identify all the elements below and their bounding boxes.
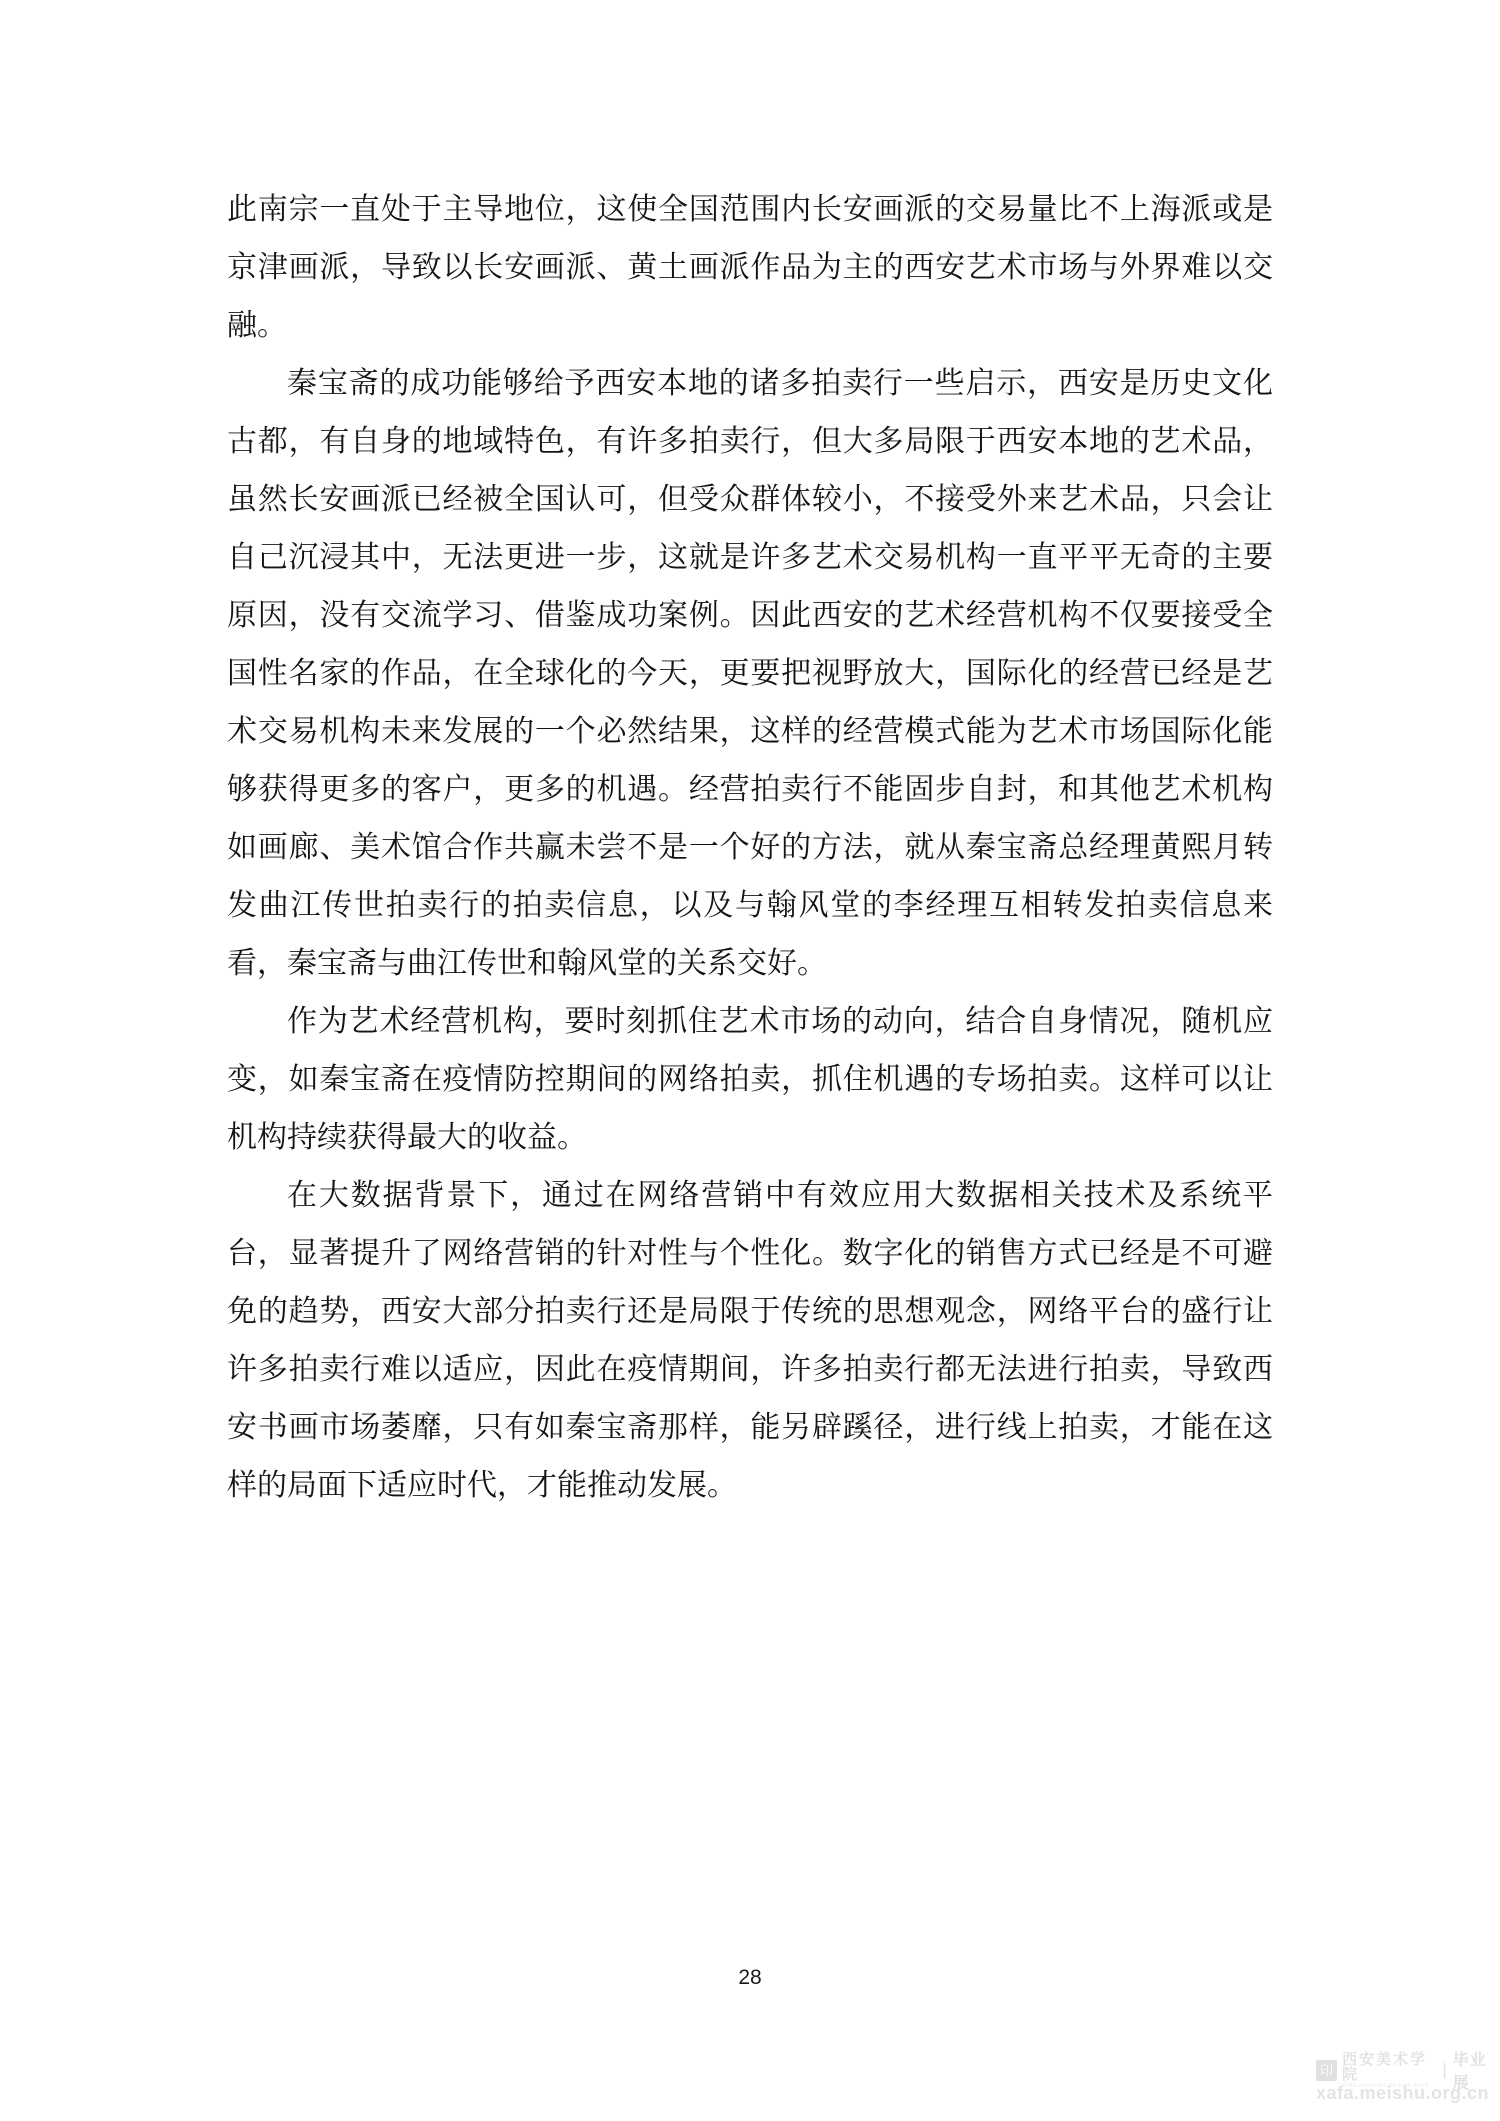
- site-watermark: 印 西安美术学院 XI'AN ACADEMY OF FINE ARTS | 毕业…: [1316, 2058, 1500, 2104]
- paragraph: 秦宝斋的成功能够给予西安本地的诸多拍卖行一些启示，西安是历史文化古都，有自身的地…: [227, 355, 1273, 993]
- watermark-academy-name: 西安美术学院: [1342, 2052, 1436, 2082]
- page-number: 28: [0, 1966, 1500, 1990]
- watermark-divider: |: [1442, 2060, 1446, 2080]
- watermark-url: xafa.meishu.org.cn: [1316, 2083, 1500, 2104]
- paragraph: 此南宗一直处于主导地位，这使全国范围内长安画派的交易量比不上海派或是京津画派，导…: [227, 181, 1273, 355]
- watermark-logo-row: 印 西安美术学院 XI'AN ACADEMY OF FINE ARTS | 毕业…: [1316, 2058, 1500, 2082]
- paragraph: 作为艺术经营机构，要时刻抓住艺术市场的动向，结合自身情况，随机应变，如秦宝斋在疫…: [227, 993, 1273, 1167]
- xafa-seal-icon: 印: [1316, 2060, 1337, 2081]
- body-text: 此南宗一直处于主导地位，这使全国范围内长安画派的交易量比不上海派或是京津画派，导…: [227, 181, 1273, 1515]
- document-page: 此南宗一直处于主导地位，这使全国范围内长安画派的交易量比不上海派或是京津画派，导…: [0, 0, 1500, 2121]
- paragraph: 在大数据背景下，通过在网络营销中有效应用大数据相关技术及系统平台，显著提升了网络…: [227, 1167, 1273, 1515]
